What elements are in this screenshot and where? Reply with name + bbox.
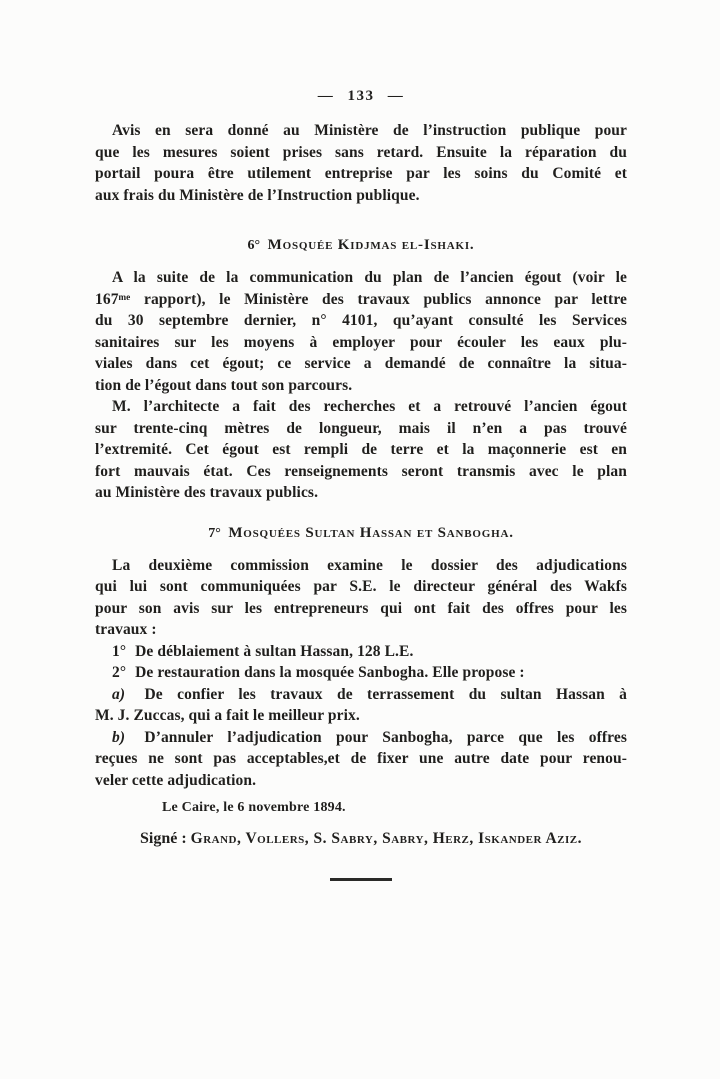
section-7-heading: 7° Mosquées Sultan Hassan et Sanbogha. bbox=[95, 525, 627, 542]
list-item-a-line-2: M. J. Zuccas, qui a fait le meilleur pri… bbox=[95, 705, 627, 727]
dateline: Le Caire, le 6 novembre 1894. bbox=[162, 800, 627, 816]
signature-names: Grand, Vollers, S. Sabry, Sabry, Herz, I… bbox=[191, 830, 582, 847]
list-item-a-line-1: a) De confier les travaux de terrassemen… bbox=[95, 684, 627, 706]
section-6-title: Mosquée Kidjmas el-Ishaki. bbox=[268, 237, 475, 253]
text-line: 167ᵐᵉ rapport), le Ministère des travaux… bbox=[95, 289, 627, 311]
text-line: travaux : bbox=[95, 619, 627, 641]
section-6-number: 6° bbox=[248, 238, 261, 253]
adjudication-list: 1° De déblaiement à sultan Hassan, 128 L… bbox=[95, 641, 627, 792]
text-line: portail poura être utilement entreprise … bbox=[95, 163, 627, 185]
text-line: aux frais du Ministère de l’Instruction … bbox=[95, 185, 627, 207]
text-line: l’extremité. Cet égout est rempli de ter… bbox=[95, 439, 627, 461]
intro-paragraph: Avis en sera donné au Ministère de l’ins… bbox=[95, 120, 627, 206]
list-item-2-text: De restauration dans la mosquée Sanbogha… bbox=[135, 664, 525, 681]
text-line: que les mesures soient prises sans retar… bbox=[95, 142, 627, 164]
page-number: — 133 — bbox=[318, 88, 405, 104]
section-6-heading: 6° Mosquée Kidjmas el-Ishaki. bbox=[95, 237, 627, 254]
text-line: Avis en sera donné au Ministère de l’ins… bbox=[95, 120, 627, 142]
text-line: La deuxième commission examine le dossie… bbox=[95, 555, 627, 577]
list-item-b-text: D’annuler l’adjudication pour Sanbogha, … bbox=[144, 729, 627, 746]
section-7-paragraph: La deuxième commission examine le dossie… bbox=[95, 555, 627, 641]
list-item-a-text: De confier les travaux de terrassement d… bbox=[145, 686, 628, 703]
text-line: viales dans cet égout; ce service a dema… bbox=[95, 353, 627, 375]
text-block: — 133 — Avis en sera donné au Ministère … bbox=[95, 0, 627, 881]
list-item-b-line-2: reçues ne sont pas acceptables,et de fix… bbox=[95, 748, 627, 770]
list-item-b-line-3: veler cette adjudication. bbox=[95, 770, 627, 792]
list-item-1-text: De déblaiement à sultan Hassan, 128 L.E. bbox=[135, 643, 413, 660]
text-line: du 30 septembre dernier, n° 4101, qu’aya… bbox=[95, 310, 627, 332]
section-7-title: Mosquées Sultan Hassan et Sanbogha. bbox=[228, 525, 513, 541]
page-header: — 133 — bbox=[95, 0, 627, 105]
section-6-paragraph-1: A la suite de la communication du plan d… bbox=[95, 267, 627, 396]
text-line: sanitaires sur les moyens à employer pou… bbox=[95, 332, 627, 354]
text-line: sur trente-cinq mètres de longueur, mais… bbox=[95, 418, 627, 440]
list-item-1-marker: 1° bbox=[112, 643, 126, 660]
text-line: pour son avis sur les entrepreneurs qui … bbox=[95, 598, 627, 620]
text-line: A la suite de la communication du plan d… bbox=[95, 267, 627, 289]
text-line: qui lui sont communiquées par S.E. le di… bbox=[95, 576, 627, 598]
section-7-number: 7° bbox=[208, 526, 221, 541]
text-line: tion de l’égout dans tout son parcours. bbox=[95, 375, 627, 397]
end-rule-divider bbox=[330, 878, 392, 881]
text-line: au Ministère des travaux publics. bbox=[95, 482, 627, 504]
text-line: M. l’architecte a fait des recherches et… bbox=[95, 396, 627, 418]
list-item-1: 1° De déblaiement à sultan Hassan, 128 L… bbox=[95, 641, 627, 663]
list-item-b-marker: b) bbox=[112, 729, 125, 746]
list-item-a-marker: a) bbox=[112, 686, 125, 703]
text-line: fort mauvais état. Ces renseignements se… bbox=[95, 461, 627, 483]
section-6-paragraph-2: M. l’architecte a fait des recherches et… bbox=[95, 396, 627, 504]
list-item-b-line-1: b) D’annuler l’adjudication pour Sanbogh… bbox=[95, 727, 627, 749]
signature-line: Signé : Grand, Vollers, S. Sabry, Sabry,… bbox=[140, 830, 627, 848]
list-item-2: 2° De restauration dans la mosquée Sanbo… bbox=[95, 662, 627, 684]
scanned-document-page: — 133 — Avis en sera donné au Ministère … bbox=[0, 0, 720, 1079]
list-item-2-marker: 2° bbox=[112, 664, 126, 681]
signature-label: Signé : bbox=[140, 830, 187, 847]
